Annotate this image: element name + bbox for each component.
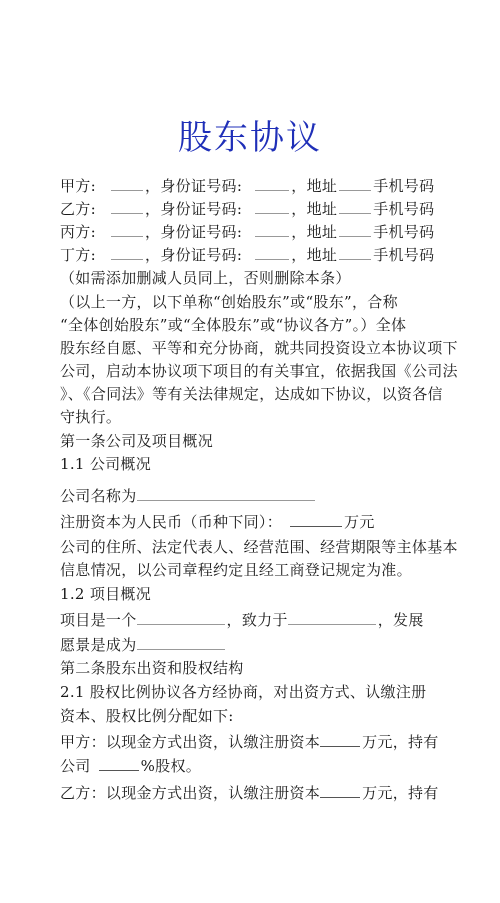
id-blank[interactable]	[255, 247, 289, 260]
vision-blank[interactable]	[137, 637, 225, 650]
party-label: 甲方:	[60, 177, 96, 195]
party-label: 乙方:	[60, 200, 96, 218]
company-name-row: 公司名称为	[60, 486, 317, 506]
dedicated-blank[interactable]	[288, 612, 376, 625]
section-2-1-line: 资本、股权比例分配如下:	[60, 706, 234, 726]
id-blank[interactable]	[255, 178, 289, 191]
party-label: 丁方:	[60, 246, 96, 264]
id-label: ，身份证号码:	[145, 246, 242, 264]
address-label: ，地址	[291, 177, 337, 195]
phone-label: 手机号码	[373, 223, 434, 241]
preamble-line: 公司，启动本协议项下项目的有关事宜，依据我国《公司法	[60, 361, 458, 381]
preamble-line: 守执行。	[60, 407, 121, 427]
section-1-1-heading: 1.1 公司概况	[60, 454, 151, 474]
id-label: ，身份证号码:	[145, 177, 242, 195]
section-2-1-line: 2.1 股权比例协议各方经协商，对出资方式、认缴注册	[60, 682, 426, 702]
name-blank[interactable]	[111, 247, 143, 260]
party-row-c: 丙方: ，身份证号码: ，地址手机号码	[60, 222, 434, 242]
party-row-a: 甲方: ，身份证号码: ，地址手机号码	[60, 176, 434, 196]
info-line: 信息情况，以公司章程约定且经工商登记规定为准。	[60, 560, 412, 580]
party-b-capital-blank[interactable]	[320, 785, 360, 798]
name-blank[interactable]	[111, 201, 143, 214]
party-b-contribution-row: 乙方：以现金方式出资，认缴注册资本万元，持有	[60, 783, 439, 803]
project-label: 项目是一个	[60, 611, 137, 629]
id-blank[interactable]	[255, 224, 289, 237]
address-blank[interactable]	[339, 178, 371, 191]
address-label: ，地址	[291, 246, 337, 264]
equity-label: %股权。	[141, 757, 201, 775]
party-a-contribution-row: 甲方：以现金方式出资，认缴注册资本万元，持有	[60, 732, 439, 752]
info-line: 公司的住所、法定代表人、经营范围、经营期限等主体基本	[60, 537, 458, 557]
vision-label: 愿景是成为	[60, 636, 137, 654]
phone-label: 手机号码	[373, 200, 434, 218]
article-1-heading: 第一条公司及项目概况	[60, 431, 213, 451]
preamble-line: （以上一方，以下单称“创始股东”或“股东”，合称	[60, 292, 398, 312]
company-name-label: 公司名称为	[60, 487, 137, 505]
address-label: ，地址	[291, 200, 337, 218]
address-blank[interactable]	[339, 247, 371, 260]
project-blank[interactable]	[137, 612, 225, 625]
dedicated-label: ，致力于	[227, 611, 288, 629]
project-row: 项目是一个，致力于，发展	[60, 610, 424, 630]
party-row-d: 丁方: ，身份证号码: ，地址手机号码	[60, 245, 434, 265]
preamble-line: “全体创始股东”或“全体股东”或“协议各方”。）全体	[60, 315, 406, 335]
preamble-line: 股东经自愿、平等和充分协商，就共同投资设立本协议项下	[60, 338, 458, 358]
name-blank[interactable]	[111, 178, 143, 191]
address-label: ，地址	[291, 223, 337, 241]
name-blank[interactable]	[111, 224, 143, 237]
develop-label: ，发展	[378, 611, 424, 629]
preamble-line: 》、《合同法》等有关法律规定，达成如下协议，以资各信	[60, 384, 443, 404]
party-a-equity-row: 公司%股权。	[60, 756, 201, 776]
capital-unit: 万元	[344, 513, 375, 531]
section-1-2-heading: 1.2 项目概况	[60, 584, 151, 604]
vision-row: 愿景是成为	[60, 635, 227, 655]
party-a-label: 甲方：以现金方式出资，认缴注册资本	[60, 733, 320, 751]
phone-label: 手机号码	[373, 246, 434, 264]
capital-label: 注册资本为人民币（币种下同）：	[60, 513, 282, 531]
capital-row: 注册资本为人民币（币种下同）：万元	[60, 512, 375, 532]
id-label: ，身份证号码:	[145, 200, 242, 218]
company-label: 公司	[60, 757, 91, 775]
phone-label: 手机号码	[373, 177, 434, 195]
document-title: 股东协议	[0, 110, 500, 159]
party-a-capital-blank[interactable]	[320, 734, 360, 747]
company-name-blank[interactable]	[137, 488, 315, 501]
party-row-b: 乙方: ，身份证号码: ，地址手机号码	[60, 199, 434, 219]
address-blank[interactable]	[339, 224, 371, 237]
party-a-equity-blank[interactable]	[99, 758, 139, 771]
party-a-unit: 万元，持有	[362, 733, 439, 751]
party-label: 丙方:	[60, 223, 96, 241]
note-line: （如需添加删减人员同上，否则删除本条）	[60, 268, 351, 288]
id-blank[interactable]	[255, 201, 289, 214]
party-b-label: 乙方：以现金方式出资，认缴注册资本	[60, 784, 320, 802]
party-b-unit: 万元，持有	[362, 784, 439, 802]
address-blank[interactable]	[339, 201, 371, 214]
article-2-heading: 第二条股东出资和股权结构	[60, 658, 244, 678]
id-label: ，身份证号码:	[145, 223, 242, 241]
capital-blank[interactable]	[290, 514, 342, 527]
